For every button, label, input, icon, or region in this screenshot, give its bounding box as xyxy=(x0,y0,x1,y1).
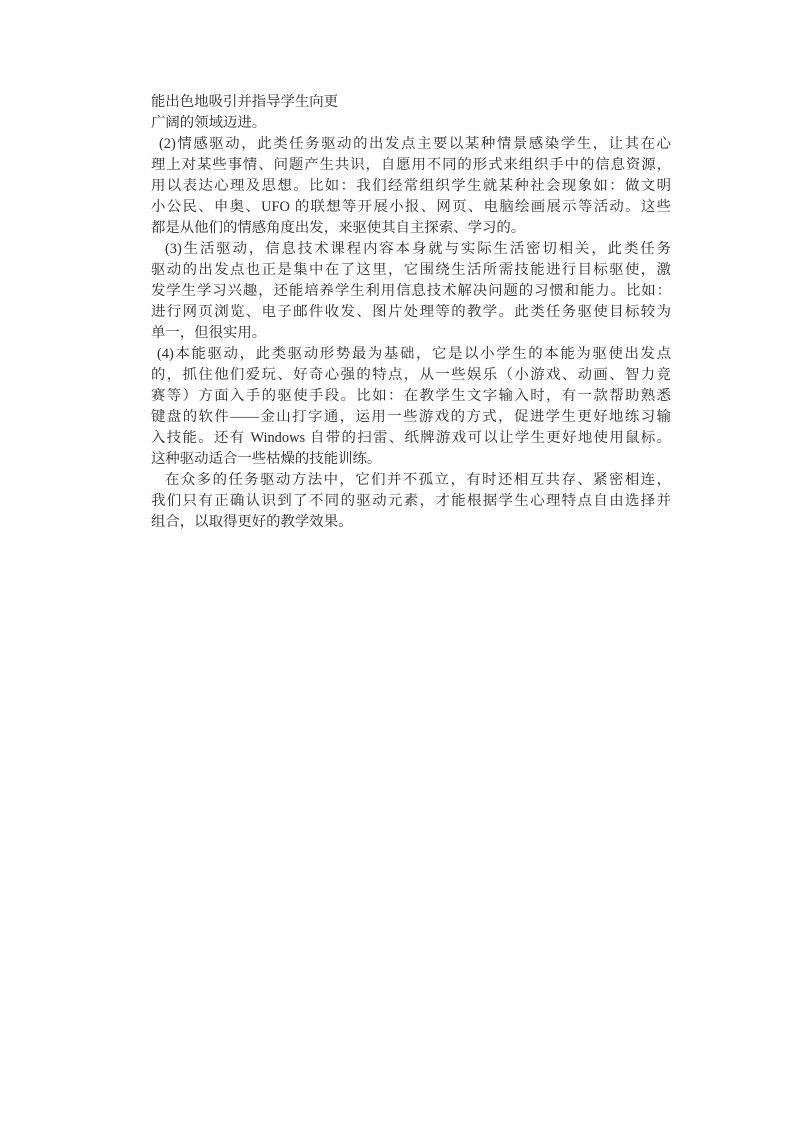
text-line: (4)本能驱动，此类驱动形势最为基础，它是以小学生的本能为驱使出发点 xyxy=(151,344,671,365)
text-line: 理上对某些事情、问题产生共识，自愿用不同的形式来组织手中的信息资源， xyxy=(151,155,671,176)
text-line: 赛等）方面入手的驱使手段。比如：在教学生文字输入时，有一款帮助熟悉 xyxy=(151,386,671,407)
text-line: 单一，但很实用。 xyxy=(151,323,671,344)
text-line: 能出色地吸引并指导学生向更 xyxy=(151,92,671,113)
document-text: 能出色地吸引并指导学生向更广阔的领域迈进。(2)情感驱动，此类任务驱动的出发点主… xyxy=(151,92,671,533)
paragraph-emotion-drive: (2)情感驱动，此类任务驱动的出发点主要以某种情景感染学生，让其在心理上对某些事… xyxy=(151,134,671,239)
text-line: 发学生学习兴趣，还能培养学生利用信息技术解决问题的习惯和能力。比如： xyxy=(151,281,671,302)
text-line: (3)生活驱动，信息技术课程内容本身就与实际生活密切相关，此类任务 xyxy=(151,239,671,260)
text-line: 在众多的任务驱动方法中，它们并不孤立，有时还相互共存、紧密相连， xyxy=(151,470,671,491)
text-line: 我们只有正确认识到了不同的驱动元素，才能根据学生心理特点自由选择并 xyxy=(151,491,671,512)
text-line: 广阔的领域迈进。 xyxy=(151,113,671,134)
paragraph-life-drive: (3)生活驱动，信息技术课程内容本身就与实际生活密切相关，此类任务驱动的出发点也… xyxy=(151,239,671,344)
text-line: 键盘的软件——金山打字通，运用一些游戏的方式，促进学生更好地练习输 xyxy=(151,407,671,428)
text-line: (2)情感驱动，此类任务驱动的出发点主要以某种情景感染学生，让其在心 xyxy=(151,134,671,155)
document-page: 能出色地吸引并指导学生向更广阔的领域迈进。(2)情感驱动，此类任务驱动的出发点主… xyxy=(0,0,800,1130)
text-line: 的，抓住他们爱玩、好奇心强的特点，从一些娱乐（小游戏、动画、智力竞 xyxy=(151,365,671,386)
paragraph-conclusion: 在众多的任务驱动方法中，它们并不孤立，有时还相互共存、紧密相连，我们只有正确认识… xyxy=(151,470,671,533)
text-line: 入技能。还有 Windows 自带的扫雷、纸牌游戏可以让学生更好地使用鼠标。 xyxy=(151,428,671,449)
text-line: 都是从他们的情感角度出发，来驱使其自主探索、学习的。 xyxy=(151,218,671,239)
text-line: 小公民、申奥、UFO 的联想等开展小报、网页、电脑绘画展示等活动。这些 xyxy=(151,197,671,218)
text-line: 用以表达心理及思想。比如：我们经常组织学生就某种社会现象如：做文明 xyxy=(151,176,671,197)
text-line: 驱动的出发点也正是集中在了这里，它围绕生活所需技能进行目标驱使，激 xyxy=(151,260,671,281)
paragraph-instinct-drive: (4)本能驱动，此类驱动形势最为基础，它是以小学生的本能为驱使出发点的，抓住他们… xyxy=(151,344,671,470)
text-line: 进行网页浏览、电子邮件收发、图片处理等的教学。此类任务驱使目标较为 xyxy=(151,302,671,323)
text-line: 组合，以取得更好的教学效果。 xyxy=(151,512,671,533)
paragraph-continuation: 能出色地吸引并指导学生向更广阔的领域迈进。 xyxy=(151,92,671,134)
text-line: 这种驱动适合一些枯燥的技能训练。 xyxy=(151,449,671,470)
